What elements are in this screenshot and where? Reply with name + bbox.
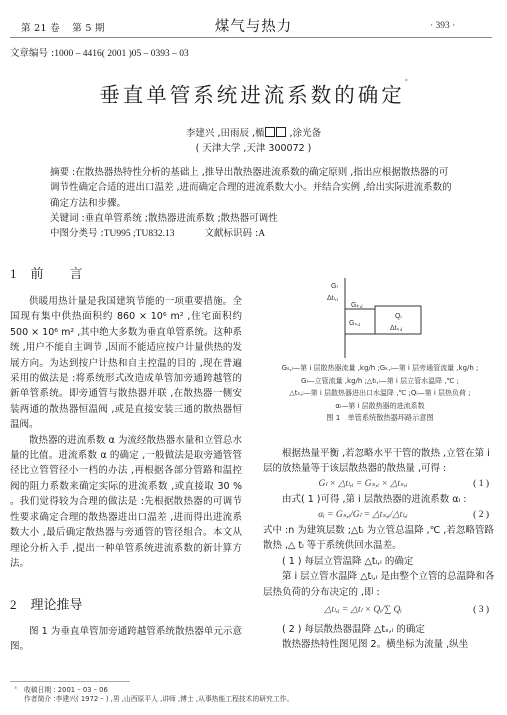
section-number: 1: [10, 266, 17, 281]
equation-1-number: ( 1 ): [473, 477, 489, 492]
paper-title-text: 垂直单管系统进流系数的确定: [99, 83, 405, 107]
clc-value: TU995 ;TU832.13: [104, 229, 175, 239]
classification: 中图分类号 :TU995 ;TU832.13文献标识码 :A: [50, 226, 455, 242]
intro-paragraph-2: 散热器的进流系数 α 为流经散热器水量和立管总水量的比值。进流系数 α 的确定 …: [10, 433, 242, 572]
alpha-intro-paragraph: 由式( 1 )可得 ,第 i 层散热器的进流系数 αᵢ :: [263, 492, 497, 507]
author-2: 田雨辰 ,: [220, 128, 255, 139]
section-2-heading: 2理论推导: [10, 594, 83, 613]
title-footnote-marker: *: [405, 78, 408, 85]
doc-code-value: A: [258, 229, 265, 239]
riser-dt-label: Δtₗ,ⱼ: [327, 295, 338, 302]
bypass-flow-label: Gₖ,ⱼ: [351, 302, 363, 309]
rad-dt-label: Δtₛ,ⱼ: [390, 325, 402, 332]
radiator-char-paragraph: 散热器热特性图见图 2。横坐标为流量 ,纵坐: [263, 637, 497, 652]
keywords-label: 关键词 :: [50, 213, 85, 224]
section-title: 前 言: [31, 267, 83, 282]
received-date: 收稿日期 : 2001 – 03 – 06: [24, 686, 293, 695]
author-list: 李建兴 ,田雨辰 ,楯 ,涂光备: [0, 125, 507, 139]
equation-1: Gₗ × △tₗ,ᵢ = Gₛ,ᵢ × △tₛ,ᵢ ( 1 ): [263, 477, 497, 492]
clc-label: 中图分类号 :: [50, 228, 104, 239]
variables-paragraph: 式中 :n 为建筑层数 ;△tₗ 为立管总温降 ,℃ ,若忽略管路散热 ,△ t…: [263, 523, 497, 554]
author-4: ,涂光备: [287, 128, 322, 139]
footnote: * 收稿日期 : 2001 – 03 – 06 作者简介 :李建兴( 1972 …: [24, 686, 293, 703]
right-column: 根据热量平衡 ,若忽略水平干管的散热 ,立管在第 i 层的放热量等于该层散热器的…: [263, 446, 497, 653]
abstract-label: 摘要 :: [50, 167, 75, 178]
abstract-block: 摘要 :在散热器热特性分析的基础上 ,推导出散热器进流系数的确定原则 ,指出应根…: [50, 165, 455, 242]
article-number-label: 文章编号 :: [10, 48, 54, 59]
left-column: 供暖用热计量是我国建筑节能的一项重要措施。全国现有集中供热面积约 860 × 1…: [10, 294, 242, 571]
equation-2-number: ( 2 ): [473, 508, 489, 523]
equation-3-expression: △tₗ,ᵢ = △tₗ × Qᵢ/∑ Qᵢ: [263, 603, 463, 618]
subheading-1: ( 1 ) 每层立管温降 △tₗ,ᵢ 的确定: [263, 554, 497, 569]
legend-line: αᵢ—第 i 层散热器的进流系数: [263, 400, 497, 413]
header-rule: [10, 37, 492, 38]
rad-flow-label: Gₛ,ⱼ: [349, 320, 360, 327]
section-2-body: 图 1 为垂直单管加旁通跨越管系统散热器单元示意图。: [10, 624, 242, 655]
abstract-text: 在散热器热特性分析的基础上 ,推导出散热器进流系数的确定原则 ,指出应根据散热器…: [50, 167, 452, 209]
subheading-2: ( 2 ) 每层散热器温降 △tₛ,ᵢ 的确定: [263, 622, 497, 637]
legend-line: Gₛ,ᵢ—第 i 层散热器流量 ,kg/h ;Gₖ,ᵢ—第 i 层旁通管流量 ,…: [263, 362, 497, 375]
footnote-marker: *: [14, 685, 17, 694]
footnote-rule: [10, 681, 130, 682]
equation-2-expression: αᵢ = Gₛ,ᵢ/Gₗ = △tₛ,ᵢ/△tₗ,ᵢ: [263, 508, 463, 523]
keywords-text: 垂直单管系统 ;散热器进流系数 ;散热器可调性: [85, 213, 278, 224]
author-1: 李建兴 ,: [186, 128, 221, 139]
missing-glyph-box: [265, 127, 275, 137]
theory-paragraph-1: 图 1 为垂直单管加旁通跨越管系统散热器单元示意图。: [10, 624, 242, 655]
affiliation: ( 天津大学 ,天津 300072 ): [0, 140, 507, 154]
figure-1-diagram: Gₗ Δtₗ,ⱼ Gₖ,ⱼ Gₛ,ⱼ Qᵢ Δtₛ,ⱼ: [318, 276, 448, 361]
author-3: 楯: [255, 128, 287, 139]
page-number: · 393 ·: [430, 21, 455, 31]
section-title: 理论推导: [31, 598, 83, 613]
intro-paragraph-1: 供暖用热计量是我国建筑节能的一项重要措施。全国现有集中供热面积约 860 × 1…: [10, 294, 242, 433]
equation-1-expression: Gₗ × △tₗ,ᵢ = Gₛ,ᵢ × △tₛ,ᵢ: [263, 477, 463, 492]
heat-balance-paragraph: 根据热量平衡 ,若忽略水平干管的散热 ,立管在第 i 层的放热量等于该层散热器的…: [263, 446, 497, 477]
section-1-heading: 1前 言: [10, 263, 83, 282]
article-number-value: 1000 – 4416( 2001 )05 – 0393 – 03: [54, 49, 189, 59]
equation-3: △tₗ,ᵢ = △tₗ × Qᵢ/∑ Qᵢ ( 3 ): [263, 600, 497, 622]
keywords: 关键词 :垂直单管系统 ;散热器进流系数 ;散热器可调性: [50, 211, 455, 226]
legend-line: △tₛ,ᵢ—第 i 层散热器进出口水温降 ,℃ ;Qᵢ—第 i 层热负荷 ;: [263, 387, 497, 400]
missing-glyph-box: [276, 127, 286, 137]
legend-line: Gₗ—立管流量 ,kg/h ;△tₗ,ᵢ—第 i 层立管水温降 ,℃ ;: [263, 375, 497, 388]
figure-1-caption: 图 1 单管系统散热器环路示意图: [263, 412, 497, 425]
load-label: Qᵢ: [395, 313, 402, 320]
article-number: 文章编号 :1000 – 4416( 2001 )05 – 0393 – 03: [10, 45, 189, 59]
paper-title: 垂直单管系统进流系数的确定*: [0, 78, 507, 108]
equation-2: αᵢ = Gₛ,ᵢ/Gₗ = △tₛ,ᵢ/△tₗ,ᵢ ( 2 ): [263, 508, 497, 523]
author-bio: 作者简介 :李建兴( 1972 – ) ,男 ,山西原平人 ,讲师 ,博士 ,从…: [24, 695, 293, 704]
abstract: 摘要 :在散热器热特性分析的基础上 ,推导出散热器进流系数的确定原则 ,指出应根…: [50, 165, 455, 211]
doc-code-label: 文献标识码 :: [204, 228, 258, 239]
riser-drop-paragraph: 第 i 层立管水温降 △tₗ,ᵢ 是由整个立管的总温降和各层热负荷的分布决定的 …: [263, 569, 497, 600]
figure-1-legend: Gₛ,ᵢ—第 i 层散热器流量 ,kg/h ;Gₖ,ᵢ—第 i 层旁通管流量 ,…: [263, 362, 497, 425]
riser-flow-label: Gₗ: [331, 283, 338, 290]
section-number: 2: [10, 597, 17, 612]
equation-3-number: ( 3 ): [473, 603, 489, 618]
